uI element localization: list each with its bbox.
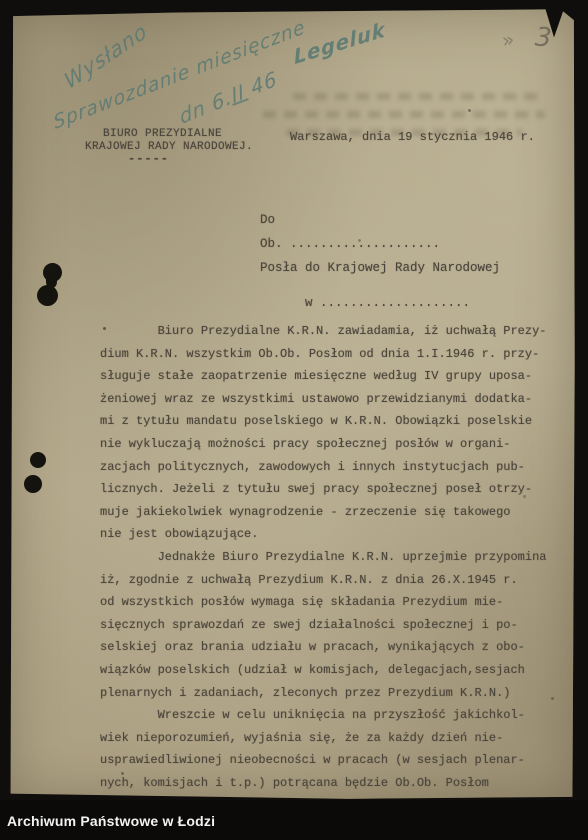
pencil-scribble-mark: »	[500, 27, 512, 52]
punch-hole	[30, 452, 46, 468]
dust-specks	[103, 327, 106, 330]
recipient-city-line: w ....................	[305, 296, 470, 310]
handwritten-signature: Legeluk	[293, 17, 387, 69]
archive-watermark-label: Archiwum Państwowe w Łodzi	[7, 813, 215, 829]
letterhead-office-line2: KRAJOWEJ RADY NARODOWEJ.	[85, 141, 253, 153]
archive-caption-bar: Archiwum Państwowe w Łodzi	[0, 800, 588, 840]
pencil-page-number: 3	[534, 22, 553, 53]
recipient-address-block: Do Ob. .................... Posła do Kra…	[260, 208, 500, 280]
letterhead-office-line1: BIURO PREZYDIALNE	[103, 128, 222, 140]
scan-background: Wysłano Sprawozdanie miesięczne dn 6.II …	[0, 0, 588, 840]
document-paper-sheet: Wysłano Sprawozdanie miesięczne dn 6.II …	[8, 9, 575, 800]
bleed-through-smudge	[263, 111, 545, 118]
letterhead-dateline: Warszawa, dnia 19 stycznia 1946 r.	[290, 130, 535, 144]
ink-blot	[37, 285, 58, 306]
ink-blot	[46, 275, 57, 288]
bleed-through-smudge	[293, 93, 543, 100]
letter-body-text: Biuro Prezydialne K.R.N. zawiadamia, iż …	[100, 320, 546, 794]
letterhead-dashes: -----	[128, 152, 169, 166]
punch-hole	[24, 475, 42, 493]
